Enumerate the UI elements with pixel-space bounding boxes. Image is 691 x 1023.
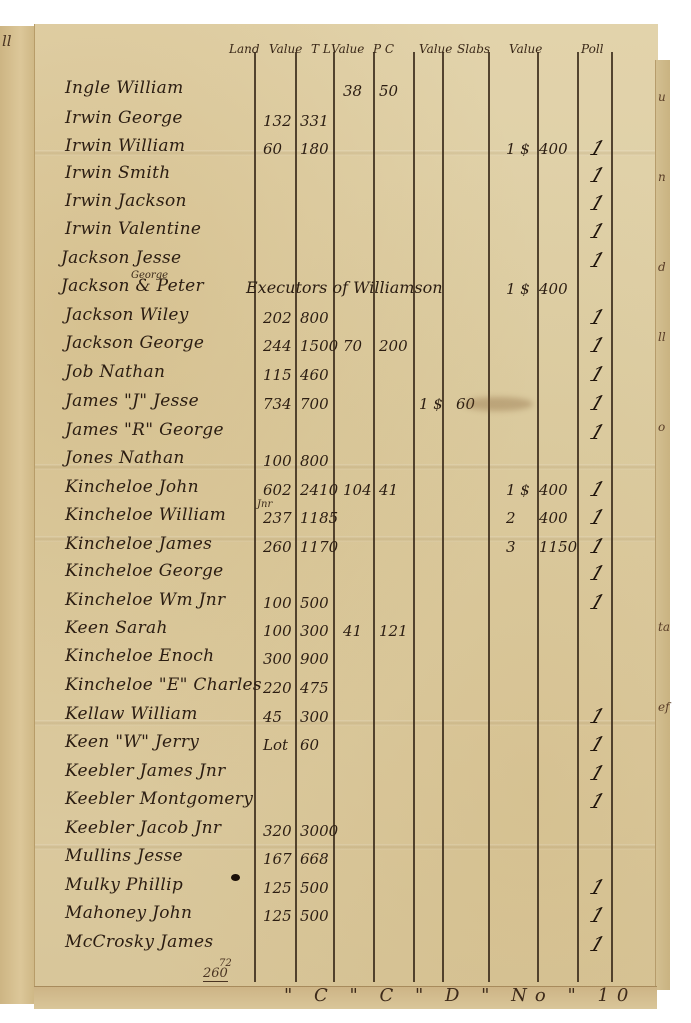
cell-value1: 331 (300, 112, 329, 130)
cell-value1: 668 (300, 850, 329, 868)
cell-land: 260 (263, 538, 292, 556)
right-edge-fragment: ll (658, 330, 666, 344)
ledger-row: James "R" George1 (35, 420, 658, 444)
right-edge-fragment: o (658, 420, 665, 434)
ledger-row: Keen "W" JerryLot601 (35, 732, 658, 756)
right-edge-fragment: ta (658, 620, 670, 634)
column-header-value2: Value (331, 42, 364, 56)
cell-land: 320 (263, 822, 292, 840)
cell-value2: 200 (379, 337, 408, 355)
cell-value1: 460 (300, 366, 329, 384)
ledger-row: Kincheloe "E" Charles220475 (35, 675, 658, 699)
cell-land: Lot (263, 736, 288, 754)
ledger-row: Kincheloe WilliamJnr237118524001 (35, 505, 658, 529)
taxpayer-name: Keebler Jacob Jnr (65, 818, 221, 838)
cell-value1: 900 (300, 650, 329, 668)
taxpayer-name: Irwin George (65, 108, 183, 128)
cell-slaves: 2 (506, 509, 516, 527)
taxpayer-name: Kellaw William (65, 704, 198, 724)
cell-value2: 50 (379, 82, 398, 100)
ledger-row: Job Nathan1154601 (35, 362, 658, 386)
cell-value1: 1500 (300, 337, 338, 355)
cell-land: 100 (263, 594, 292, 612)
taxpayer-name: Jackson Wiley (65, 305, 189, 325)
right-edge-fragment: n (658, 170, 666, 184)
cell-value4: 400 (539, 509, 568, 527)
cell-town_lots: 104 (343, 481, 372, 499)
cell-poll: 1 (587, 362, 608, 386)
ledger-row: Irwin George132331 (35, 108, 658, 132)
ledger-row: Kincheloe Wm Jnr1005001 (35, 590, 658, 614)
cell-poll: 1 (587, 505, 608, 529)
cell-poll: 1 (587, 191, 608, 215)
cell-value4: 1150 (539, 538, 577, 556)
cell-poll: 1 (587, 219, 608, 243)
ledger-row: Mahoney John1255001 (35, 903, 658, 927)
ledger-row: Mullins Jesse167668 (35, 846, 658, 870)
cell-value1: 800 (300, 452, 329, 470)
bottom-strip-text: " C " C " D " No " 10 (284, 985, 636, 1006)
cell-poll: 1 (587, 704, 608, 728)
cell-land: 125 (263, 879, 292, 897)
left-page-fragment: ll (2, 32, 12, 50)
cell-value1: 300 (300, 622, 329, 640)
right-page-edge: undllotaef (655, 60, 670, 990)
ledger-row: Jones Nathan100800 (35, 448, 658, 472)
taxpayer-name: James "R" George (65, 420, 224, 440)
cell-value1: 180 (300, 140, 329, 158)
ledger-row: Irwin Jackson1 (35, 191, 658, 215)
cell-pc: 1 $ (419, 395, 443, 413)
right-edge-fragment: d (658, 260, 666, 274)
cell-value4: 400 (539, 140, 568, 158)
ledger-row: McCrosky James1 (35, 932, 658, 956)
cell-value4: 400 (539, 280, 568, 298)
cell-land: 125 (263, 907, 292, 925)
cell-poll: 1 (587, 333, 608, 357)
ledger-row: Kincheloe John6022410104411 $4001 (35, 477, 658, 501)
ledger-row: Jackson & PeterGeorgeExecutors of Willia… (35, 276, 658, 300)
cell-land: 602 (263, 481, 292, 499)
right-edge-fragment: ef (658, 700, 670, 714)
taxpayer-name: Keen Sarah (65, 618, 168, 638)
cell-land: 100 (263, 452, 292, 470)
cell-poll: 1 (587, 590, 608, 614)
cell-land: 115 (263, 366, 292, 384)
ledger-row: Kincheloe James2601170311501 (35, 534, 658, 558)
taxpayer-name: McCrosky James (65, 932, 213, 952)
taxpayer-name: Keen "W" Jerry (65, 732, 199, 752)
cell-poll: 1 (587, 391, 608, 415)
ledger-row: Irwin William601801 $4001 (35, 136, 658, 160)
column-header-pc: P C (373, 42, 394, 56)
cell-poll: 1 (587, 789, 608, 813)
ledger-row: Keebler Jacob Jnr3203000 (35, 818, 658, 842)
taxpayer-name: Jackson George (65, 333, 204, 353)
ledger-row: Mulky Phillip1255001 (35, 875, 658, 899)
column-header-value4: Value (509, 42, 542, 56)
cell-land: 244 (263, 337, 292, 355)
cell-poll: 1 (587, 732, 608, 756)
column-header-poll: Poll (581, 42, 604, 56)
cell-value1: 700 (300, 395, 329, 413)
cell-value1: 475 (300, 679, 329, 697)
ledger-row: Kincheloe Enoch300900 (35, 646, 658, 670)
left-page-edge: ll (0, 26, 35, 1004)
cell-poll: 1 (587, 477, 608, 501)
ledger-row: James "J" Jesse7347001 $601 (35, 391, 658, 415)
cell-land: 45 (263, 708, 282, 726)
cell-land: 167 (263, 850, 292, 868)
taxpayer-name: Kincheloe William (65, 505, 226, 525)
cell-poll: 1 (587, 761, 608, 785)
ink-blot (231, 874, 240, 881)
ledger-row: Irwin Valentine1 (35, 219, 658, 243)
column-header-slaves: Slabs (457, 42, 490, 56)
cell-slaves: 1 $ (506, 140, 530, 158)
cell-land: 220 (263, 679, 292, 697)
cell-value1: 1185 (300, 509, 338, 527)
cell-value1: 3000 (300, 822, 338, 840)
taxpayer-name: Mullins Jesse (65, 846, 183, 866)
cell-land: 60 (263, 140, 282, 158)
right-edge-fragment: u (658, 90, 666, 104)
cell-land: 300 (263, 650, 292, 668)
ledger-row: Ingle William3850 (35, 78, 658, 102)
cell-poll: 1 (587, 534, 608, 558)
taxpayer-name: Mahoney John (65, 903, 192, 923)
taxpayer-name: Keebler Montgomery (65, 789, 253, 809)
taxpayer-name: Keebler James Jnr (65, 761, 226, 781)
cell-value1: 500 (300, 879, 329, 897)
ledger-row: Kincheloe George1 (35, 561, 658, 585)
cell-value4: 400 (539, 481, 568, 499)
taxpayer-name: Irwin Smith (65, 163, 170, 183)
ledger-row: Kellaw William453001 (35, 704, 658, 728)
cell-poll: 1 (587, 561, 608, 585)
bottom-strip: " C " C " D " No " 10 (34, 986, 657, 1009)
column-header-value1: Value (269, 42, 302, 56)
cell-value1: 300 (300, 708, 329, 726)
ledger-row: Keebler Montgomery1 (35, 789, 658, 813)
cell-slaves: 3 (506, 538, 516, 556)
cell-land: 100 (263, 622, 292, 640)
name-annotation: George (131, 270, 168, 281)
taxpayer-name: Kincheloe James (65, 534, 212, 554)
cell-value2: 41 (379, 481, 398, 499)
cell-poll: 1 (587, 163, 608, 187)
taxpayer-name: Jones Nathan (65, 448, 185, 468)
taxpayer-name: James "J" Jesse (65, 391, 199, 411)
ledger-row: Jackson Jesse1 (35, 248, 658, 272)
cell-land: 202 (263, 309, 292, 327)
ledger-row: Irwin Smith1 (35, 163, 658, 187)
column-header-town_lots: T L (311, 42, 331, 56)
cell-poll: 1 (587, 305, 608, 329)
cell-value1: 60 (300, 736, 319, 754)
taxpayer-name: Irwin William (65, 136, 185, 156)
taxpayer-name: Kincheloe Enoch (65, 646, 214, 666)
taxpayer-name: Irwin Valentine (65, 219, 201, 239)
taxpayer-name: Irwin Jackson (65, 191, 187, 211)
cell-poll: 1 (587, 875, 608, 899)
cell-value2: 121 (379, 622, 408, 640)
cell-town_lots: 70 (343, 337, 362, 355)
cell-value1: 2410 (300, 481, 338, 499)
cell-land: 237 (263, 509, 292, 527)
taxpayer-name: Jackson Jesse (61, 248, 181, 268)
taxpayer-name: Kincheloe "E" Charles (65, 675, 262, 695)
cell-slaves: 1 $ (506, 481, 530, 499)
taxpayer-name: Job Nathan (65, 362, 165, 382)
taxpayer-name: Mulky Phillip (65, 875, 183, 895)
ledger-row: Jackson George2441500702001 (35, 333, 658, 357)
column-header-land: Land (229, 42, 260, 56)
cell-value1: 500 (300, 594, 329, 612)
row-note: Executors of Williamson (246, 278, 443, 297)
cell-poll: 1 (587, 903, 608, 927)
struck-entry (463, 397, 533, 411)
ledger-row: Keen Sarah10030041121 (35, 618, 658, 642)
ledger-row: Keebler James Jnr1 (35, 761, 658, 785)
taxpayer-name: Kincheloe George (65, 561, 224, 581)
cell-value1: 800 (300, 309, 329, 327)
cell-land: 734 (263, 395, 292, 413)
cell-poll: 1 (587, 136, 608, 160)
cell-value1: 500 (300, 907, 329, 925)
cell-town_lots: 41 (343, 622, 362, 640)
cell-land: 132 (263, 112, 292, 130)
tally-total: 260 (203, 966, 228, 982)
cell-slaves: 1 $ (506, 280, 530, 298)
column-header-value3: Value (419, 42, 452, 56)
ledger-row: Jackson Wiley2028001 (35, 305, 658, 329)
cell-poll: 1 (587, 932, 608, 956)
taxpayer-name: Kincheloe John (65, 477, 199, 497)
ledger-page: LandValueT LValueP CValueSlabsValuePollI… (34, 24, 658, 986)
cell-town_lots: 38 (343, 82, 362, 100)
cell-poll: 1 (587, 420, 608, 444)
cell-value1: 1170 (300, 538, 338, 556)
cell-poll: 1 (587, 248, 608, 272)
taxpayer-name: Ingle William (65, 78, 184, 98)
taxpayer-name: Kincheloe Wm Jnr (65, 590, 225, 610)
